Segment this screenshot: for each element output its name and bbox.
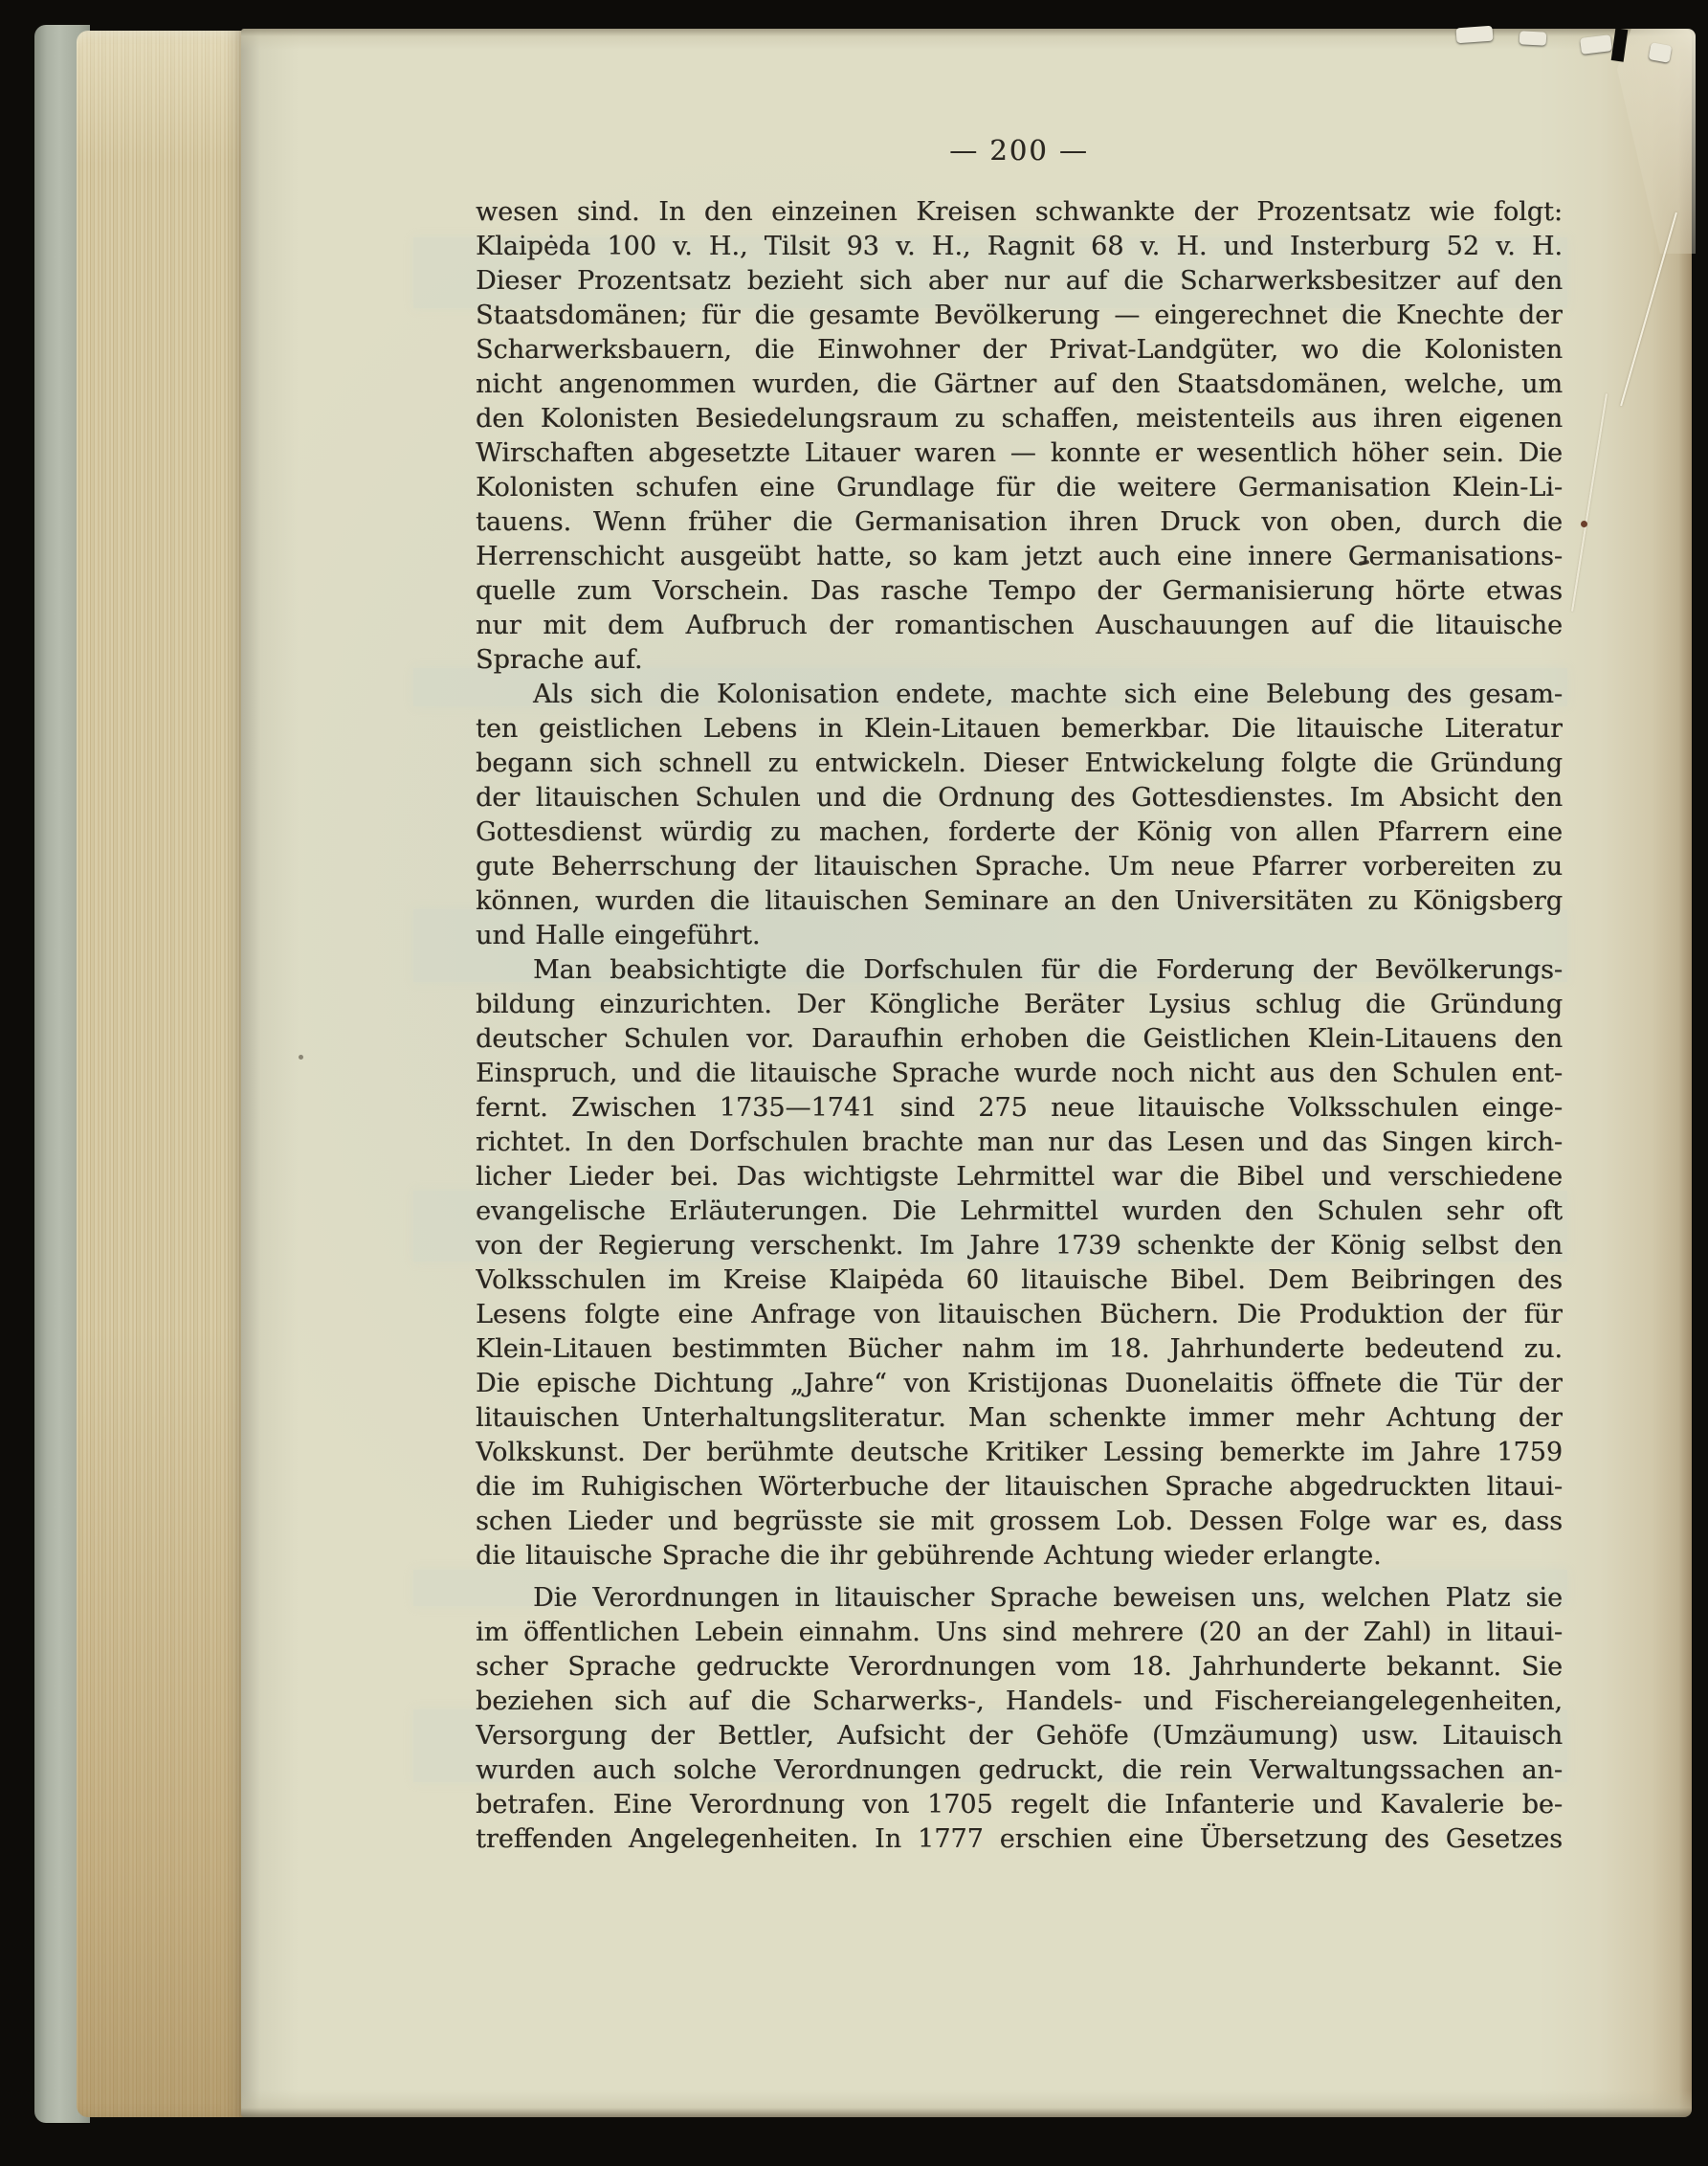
text-line: Kolonisten schufen eine Grundlage für di… xyxy=(476,471,1563,505)
text-line: litauischen Unterhaltungsliteratur. Man … xyxy=(476,1401,1563,1436)
text-line: treffenden Angelegenheiten. In 1777 ersc… xyxy=(476,1822,1563,1857)
text-line: betrafen. Eine Verordnung von 1705 regel… xyxy=(476,1788,1563,1822)
text-line: richtet. In den Dorfschulen brachte man … xyxy=(476,1126,1563,1160)
text-line: Einspruch, und die litauische Sprache wu… xyxy=(476,1057,1563,1091)
text-block: wesen sind. In den einzeinen Kreisen sch… xyxy=(476,195,1563,1857)
text-line: den Kolonisten Besiedelungsraum zu schaf… xyxy=(476,402,1563,436)
text-line: schen Lieder und begrüsste sie mit gross… xyxy=(476,1505,1563,1539)
text-line: fernt. Zwischen 1735—1741 sind 275 neue … xyxy=(476,1091,1563,1126)
text-line: Wirschaften abgesetzte Litauer waren — k… xyxy=(476,436,1563,471)
text-line: scher Sprache gedruckte Verordnungen vom… xyxy=(476,1650,1563,1685)
paragraph: Die Verordnungen in litauischer Sprache … xyxy=(476,1581,1563,1857)
text-line: Klaipėda 100 v. H., Tilsit 93 v. H., Rag… xyxy=(476,230,1563,264)
text-line: evangelische Erläuterungen. Die Lehrmitt… xyxy=(476,1195,1563,1229)
text-line: wesen sind. In den einzeinen Kreisen sch… xyxy=(476,195,1563,230)
tape-fragment xyxy=(1455,26,1493,44)
text-line: nicht angenommen wurden, die Gärtner auf… xyxy=(476,368,1563,402)
text-line: Als sich die Kolonisation endete, machte… xyxy=(476,678,1563,712)
paper-crack xyxy=(1620,212,1677,406)
text-line: Die epische Dichtung „Jahre“ von Kristij… xyxy=(476,1367,1563,1401)
text-line: deutscher Schulen vor. Daraufhin erhoben… xyxy=(476,1022,1563,1057)
text-line: nur mit dem Aufbruch der romantischen Au… xyxy=(476,609,1563,643)
text-line: der litauischen Schulen und die Ordnung … xyxy=(476,781,1563,815)
tape-fragment xyxy=(1519,31,1547,45)
text-line: quelle zum Vorschein. Das rasche Tempo d… xyxy=(476,574,1563,609)
text-line: Gottesdienst würdig zu machen, forderte … xyxy=(476,815,1563,850)
text-line: die litauische Sprache die ihr gebührend… xyxy=(476,1539,1563,1574)
text-line: die im Ruhigischen Wörterbuche der litau… xyxy=(476,1470,1563,1505)
text-line: begann sich schnell zu entwickeln. Diese… xyxy=(476,747,1563,781)
text-line: können, wurden die litauischen Seminare … xyxy=(476,884,1563,919)
paragraph: Als sich die Kolonisation endete, machte… xyxy=(476,678,1563,953)
paper-tear xyxy=(1617,29,1696,254)
text-line: Volksschulen im Kreise Klaipėda 60 litau… xyxy=(476,1263,1563,1298)
text-line: von der Regierung verschenkt. Im Jahre 1… xyxy=(476,1229,1563,1263)
text-line: ten geistlichen Lebens in Klein-Litauen … xyxy=(476,712,1563,747)
text-line: Dieser Prozentsatz bezieht sich aber nur… xyxy=(476,264,1563,299)
text-line: licher Lieder bei. Das wichtigste Lehrmi… xyxy=(476,1160,1563,1195)
paper-crack xyxy=(1571,393,1608,611)
ink-speck xyxy=(1581,521,1587,527)
ink-speck xyxy=(299,1055,303,1060)
paragraph: Man beabsichtigte die Dorfschulen für di… xyxy=(476,953,1563,1574)
text-line: Volkskunst. Der berühmte deutsche Kritik… xyxy=(476,1436,1563,1470)
text-line: Sprache auf. xyxy=(476,643,1563,678)
text-line: Herrenschicht ausgeübt hatte, so kam jet… xyxy=(476,540,1563,574)
text-line: Staatsdomänen; für die gesamte Bevölkeru… xyxy=(476,299,1563,333)
scanned-book-photo: { "document": { "page_number": "— 200 —"… xyxy=(0,0,1708,2166)
text-line: wurden auch solche Verordnungen gedruckt… xyxy=(476,1753,1563,1788)
page-number: — 200 — xyxy=(476,134,1563,170)
tape-fragment xyxy=(1649,42,1673,63)
text-line: beziehen sich auf die Scharwerks-, Hande… xyxy=(476,1685,1563,1719)
text-line: im öffentlichen Lebein einnahm. Uns sind… xyxy=(476,1616,1563,1650)
page-edge-stack xyxy=(77,31,247,2117)
text-line: Man beabsichtigte die Dorfschulen für di… xyxy=(476,953,1563,988)
text-line: Klein-Litauen bestimmten Bücher nahm im … xyxy=(476,1332,1563,1367)
text-line: gute Beherrschung der litauischen Sprach… xyxy=(476,850,1563,884)
text-line: Versorgung der Bettler, Aufsicht der Geh… xyxy=(476,1719,1563,1753)
text-line: Lesens folgte eine Anfrage von litauisch… xyxy=(476,1298,1563,1332)
text-line: Scharwerksbauern, die Einwohner der Priv… xyxy=(476,333,1563,368)
text-line: tauens. Wenn früher die Germanisation ih… xyxy=(476,505,1563,540)
text-line: bildung einzurichten. Der Köngliche Berä… xyxy=(476,988,1563,1022)
text-line: und Halle eingeführt. xyxy=(476,919,1563,953)
paragraph: wesen sind. In den einzeinen Kreisen sch… xyxy=(476,195,1563,678)
text-line: Die Verordnungen in litauischer Sprache … xyxy=(476,1581,1563,1616)
